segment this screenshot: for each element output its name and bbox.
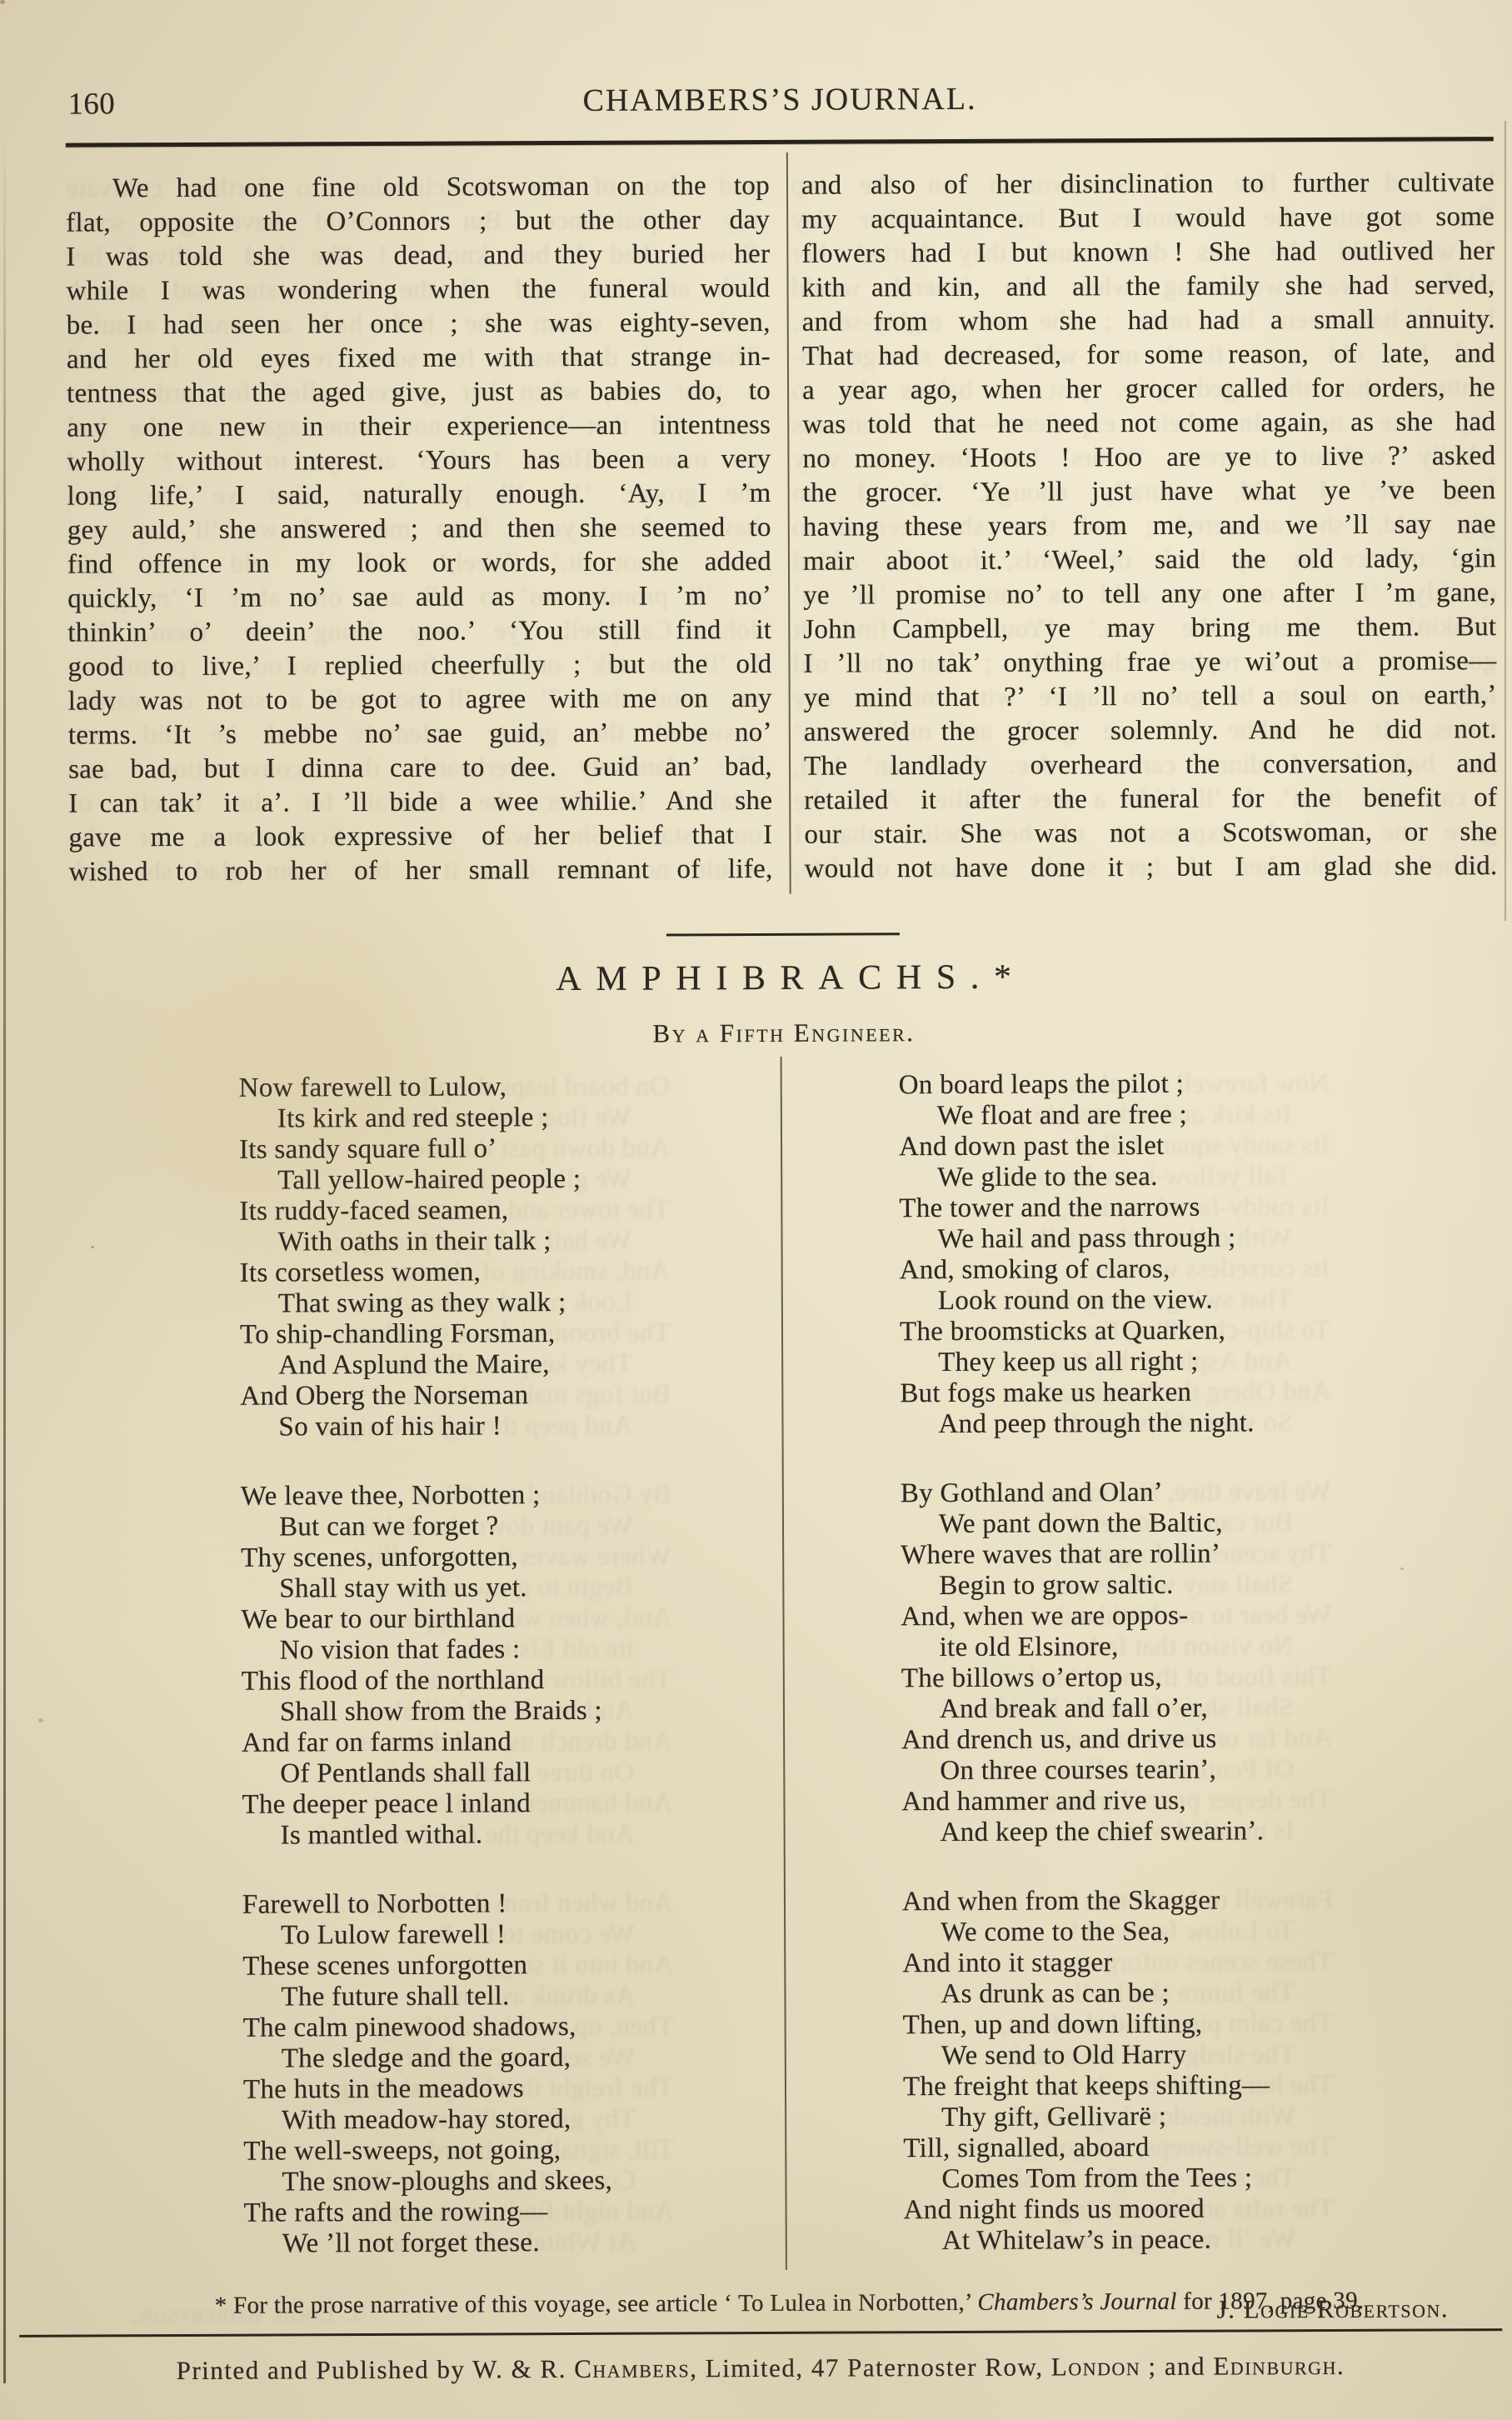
poem-line: Farewell to Norbotten ! bbox=[242, 1887, 784, 1921]
story-line: a year ago, when her grocer called for o… bbox=[802, 371, 1495, 408]
story-line: any one new in their experience—an inten… bbox=[67, 408, 771, 446]
story-line: no money. ‘Hoots ! Hoo are ye to live ?’… bbox=[802, 439, 1495, 477]
story-line: having these years from me, and we ’ll s… bbox=[803, 507, 1496, 545]
poem-line: Till, signalled, aboard bbox=[903, 2131, 1453, 2164]
imprint-text: ; and bbox=[1140, 2352, 1213, 2381]
poem-line: And, smoking of claros, bbox=[900, 1252, 1450, 1286]
story-line: and her old eyes fixed me with that stra… bbox=[67, 340, 771, 377]
poem-stanza: Farewell to Norbotten !To Lulow farewell… bbox=[242, 1887, 786, 2260]
story-line: flat, opposite the O’Connors ; but the o… bbox=[66, 203, 770, 241]
poem-line: We bear to our birthland bbox=[241, 1602, 782, 1636]
publisher-name: Chambers bbox=[574, 2353, 690, 2383]
poem-line: The well-sweeps, not going, bbox=[243, 2134, 785, 2167]
poem-stanza: Now farewell to Lulow,Its kirk and red s… bbox=[239, 1071, 782, 1443]
story-line: the grocer. ‘Ye ’ll just have what ye ’v… bbox=[803, 473, 1496, 511]
poem-line: ite old Elsinore, bbox=[901, 1630, 1451, 1663]
story-line: answered the grocer solemnly. And he did… bbox=[804, 712, 1497, 750]
poem-line: With meadow-hay stored, bbox=[243, 2103, 785, 2137]
story-line: and from whom she had had a small annuit… bbox=[802, 302, 1495, 340]
story-line: and also of her disinclination to furthe… bbox=[801, 166, 1495, 203]
story-line: good to live,’ I replied cheerfully ; bu… bbox=[67, 647, 771, 685]
poem-line: We float and are free ; bbox=[899, 1098, 1449, 1132]
poem-line: We come to the Sea, bbox=[902, 1915, 1452, 1948]
poem-line: With oaths in their talk ; bbox=[239, 1225, 781, 1258]
story-line: gey auld,’ she answered ; and then she s… bbox=[67, 511, 771, 548]
poem-line: Its kirk and red steeple ; bbox=[239, 1102, 781, 1135]
story-line: I ’ll no tak’ onything frae ye wi’out a … bbox=[803, 644, 1496, 682]
story-line: our stair. She was not a Scotswoman, or … bbox=[804, 815, 1497, 852]
story-line: while I was wondering when the funeral w… bbox=[66, 272, 770, 309]
poem-stanza: We leave thee, Norbotten ;But can we for… bbox=[241, 1479, 784, 1852]
poem-line: We glide to the sea. bbox=[899, 1160, 1449, 1193]
poem-line: Its corsetless women, bbox=[240, 1256, 781, 1289]
poem-line: Its sandy square full o’ bbox=[239, 1132, 781, 1166]
poem-line: And, when we are oppos- bbox=[901, 1599, 1450, 1632]
header-rule bbox=[66, 137, 1494, 147]
journal-page: 160 CHAMBERS’S JOURNAL. We had one fine … bbox=[0, 0, 1512, 2420]
story-line: sae bad, but I dinna care to dee. Guid a… bbox=[68, 750, 772, 787]
imprint-city-london: London bbox=[1051, 2352, 1141, 2381]
poem-line: We pant down the Baltic, bbox=[901, 1507, 1450, 1540]
poem-line: By Gothland and Olan’ bbox=[901, 1476, 1450, 1509]
story-line: wholly without interest. ‘Yours has been… bbox=[67, 442, 771, 480]
poem-line: Thy gift, Gellivarë ; bbox=[903, 2100, 1453, 2133]
poem-line: Where waves that are rollin’ bbox=[901, 1537, 1450, 1571]
poem-line: And into it stagger bbox=[902, 1946, 1452, 1979]
poem-line: Tall yellow-haired people ; bbox=[239, 1163, 781, 1197]
story-line: quickly, ‘I ’m no’ sae auld as mony. I ’… bbox=[67, 579, 771, 617]
story-line: was told that he need not come again, as… bbox=[802, 405, 1495, 442]
poem-byline: By a Fifth Engineer. bbox=[69, 1015, 1498, 1051]
imprint-text: Printed and Published by W. & R. bbox=[177, 2354, 575, 2385]
poem-line: And far on farms inland bbox=[242, 1726, 783, 1759]
story-line: my acquaintance. But I would have got so… bbox=[801, 200, 1495, 237]
poem-line: These scenes unforgotten bbox=[242, 1949, 784, 1982]
poem-line: We hail and pass through ; bbox=[899, 1222, 1449, 1255]
imprint-text: , Limited, 47 Paternoster Row, bbox=[690, 2352, 1051, 2382]
poem-line: The billows o’ertop us, bbox=[901, 1661, 1451, 1694]
poem-line: That swing as they walk ; bbox=[240, 1287, 781, 1320]
poem-title: AMPHIBRACHS.* bbox=[69, 955, 1498, 1001]
story-line: lady was not to be got to agree with me … bbox=[68, 682, 772, 719]
poem-line: The freight that keeps shifting— bbox=[903, 2069, 1453, 2102]
story-line: terms. ‘It ’s mebbe no’ sae guid, an’ me… bbox=[68, 716, 772, 753]
poem-line: The calm pinewood shadows, bbox=[243, 2011, 785, 2044]
poem-line: Comes Tom from the Tees ; bbox=[903, 2162, 1453, 2195]
poem-line: And when from the Skagger bbox=[902, 1884, 1452, 1917]
poem-line: And keep the chief swearin’. bbox=[902, 1815, 1452, 1848]
poem-line: But can we forget ? bbox=[241, 1510, 782, 1543]
scan-edge-artifact bbox=[3, 125, 6, 2383]
foxing-specks bbox=[0, 0, 5, 4]
footnote-text: for 1897, page 39. bbox=[1177, 2287, 1365, 2315]
story-line: The landlady overheard the conversation,… bbox=[804, 747, 1497, 784]
poem-line: The sledge and the goard, bbox=[243, 2042, 785, 2075]
poem-line: We leave thee, Norbotten ; bbox=[241, 1479, 782, 1512]
poem-column-left: Now farewell to Lulow,Its kirk and red s… bbox=[239, 1071, 786, 2298]
poem-line: Thy scenes, unforgotten, bbox=[241, 1541, 782, 1574]
story-line: would not have done it ; but I am glad s… bbox=[804, 849, 1497, 887]
poem-line: Shall show from the Braids ; bbox=[242, 1695, 783, 1728]
poem-line: The tower and the narrows bbox=[899, 1191, 1449, 1224]
poem-line: The snow-ploughs and skees, bbox=[243, 2165, 785, 2198]
story-line: retailed it after the funeral for the be… bbox=[804, 781, 1497, 818]
poem-line: So vain of his hair ! bbox=[240, 1410, 781, 1443]
story-section: We had one fine old Scotswoman on the to… bbox=[66, 166, 1498, 897]
poem-line: Its ruddy-faced seamen, bbox=[239, 1194, 781, 1227]
poem-column-right: On board leaps the pilot ;We float and a… bbox=[899, 1067, 1455, 2326]
story-column-right: and also of her disinclination to furthe… bbox=[801, 166, 1498, 894]
section-divider-rule bbox=[666, 932, 900, 936]
poem-line: On three courses tearin’, bbox=[901, 1753, 1451, 1787]
poem-stanza: By Gothland and Olan’We pant down the Ba… bbox=[901, 1476, 1452, 1848]
story-line: I can tak’ it a’. I ’ll bide a wee whili… bbox=[68, 784, 772, 822]
journal-title: CHAMBERS’S JOURNAL. bbox=[65, 78, 1494, 121]
story-line: We had one fine old Scotswoman on the to… bbox=[66, 169, 770, 207]
story-line: be. I had seen her once ; she was eighty… bbox=[67, 306, 771, 343]
poem-line: Of Pentlands shall fall bbox=[242, 1757, 783, 1790]
poem-line: As drunk as can be ; bbox=[902, 1977, 1452, 2010]
story-column-left: We had one fine old Scotswoman on the to… bbox=[66, 169, 773, 897]
poem-line: And down past the islet bbox=[899, 1129, 1449, 1162]
scan-edge-artifact bbox=[1505, 121, 1506, 921]
story-line: kith and kin, and all the family she had… bbox=[801, 268, 1495, 306]
poem-line: But fogs make us hearken bbox=[900, 1376, 1450, 1409]
footnote-text: * For the prose narrative of this voyage… bbox=[215, 2289, 978, 2319]
story-line: ye ’ll promise no’ to tell any one after… bbox=[803, 576, 1496, 613]
story-line: I was told she was dead, and they buried… bbox=[66, 237, 770, 275]
poem-stanza: On board leaps the pilot ;We float and a… bbox=[899, 1067, 1450, 1440]
poem-line: Then, up and down lifting, bbox=[903, 2007, 1453, 2041]
poem-line: Look round on the view. bbox=[900, 1283, 1450, 1317]
story-line: tentness that the aged give, just as bab… bbox=[67, 374, 771, 412]
poem-line: This flood of the northland bbox=[242, 1664, 783, 1697]
story-line: find offence in my look or words, for sh… bbox=[67, 545, 771, 582]
imprint: Printed and Published by W. & R. Chamber… bbox=[17, 2350, 1504, 2387]
story-line: mair aboot it.’ ‘Weel,’ said the old lad… bbox=[803, 542, 1496, 579]
story-line: John Campbell, ye may bring me them. But bbox=[803, 610, 1496, 647]
poem-line: Begin to grow saltic. bbox=[901, 1568, 1450, 1602]
story-line: long life,’ I said, naturally enough. ‘A… bbox=[67, 477, 771, 514]
poem-section: Now farewell to Lulow,Its kirk and red s… bbox=[70, 1067, 1504, 2280]
poem-line: We send to Old Harry bbox=[903, 2038, 1453, 2072]
poem-line: And Asplund the Maire, bbox=[240, 1348, 781, 1382]
poem-line: The rafts and the rowing— bbox=[244, 2196, 786, 2229]
poem-line: And break and fall o’er, bbox=[901, 1692, 1451, 1725]
story-line: gave me a look expressive of her belief … bbox=[68, 818, 772, 856]
poem-line: And hammer and rive us, bbox=[901, 1784, 1451, 1817]
poem-stanza: And when from the SkaggerWe come to the … bbox=[902, 1884, 1454, 2257]
imprint-city-edinburgh: Edinburgh bbox=[1213, 2351, 1337, 2381]
story-line: thinkin’ o’ deein’ the noo.’ ‘You still … bbox=[67, 613, 771, 651]
poem-line: No vision that fades : bbox=[242, 1633, 783, 1667]
poem-line: The deeper peace l inland bbox=[242, 1787, 783, 1821]
story-line: flowers had I but known ! She had outliv… bbox=[801, 234, 1495, 272]
footnote-journal-name: Chambers’s Journal bbox=[977, 2288, 1176, 2316]
poem-line: The huts in the meadows bbox=[243, 2072, 785, 2106]
poem-line: Now farewell to Lulow, bbox=[239, 1071, 781, 1104]
poem-line: Shall stay with us yet. bbox=[241, 1572, 782, 1605]
story-line: wished to rob her of her small remnant o… bbox=[69, 852, 773, 890]
imprint-text: . bbox=[1337, 2351, 1345, 2380]
story-line: That had decreased, for some reason, of … bbox=[802, 337, 1495, 374]
poem-line: Is mantled withal. bbox=[242, 1818, 784, 1852]
poem-line: To Lulow farewell ! bbox=[242, 1918, 784, 1952]
poem-line: At Whitelaw’s in peace. bbox=[904, 2223, 1454, 2257]
poem-line: They keep us all right ; bbox=[900, 1345, 1450, 1378]
story-line: ye mind that ?’ ‘I ’ll no’ tell a soul o… bbox=[804, 678, 1497, 716]
poem-line: On board leaps the pilot ; bbox=[899, 1067, 1449, 1101]
poem-line: The broomsticks at Quarken, bbox=[900, 1314, 1450, 1347]
poem-line: And night finds us moored bbox=[904, 2192, 1454, 2226]
poem-line: To ship-chandling Forsman, bbox=[240, 1317, 781, 1351]
page-content: 160 CHAMBERS’S JOURNAL. We had one fine … bbox=[0, 0, 1512, 2420]
poem-line: And peep through the night. bbox=[900, 1407, 1450, 1440]
poem-line: And drench us, and drive us bbox=[901, 1722, 1451, 1756]
imprint-rule bbox=[19, 2328, 1502, 2337]
poem-line: And Oberg the Norseman bbox=[240, 1379, 781, 1412]
poem-line: We ’ll not forget these. bbox=[244, 2227, 786, 2260]
poem-line: The future shall tell. bbox=[242, 1980, 784, 2013]
